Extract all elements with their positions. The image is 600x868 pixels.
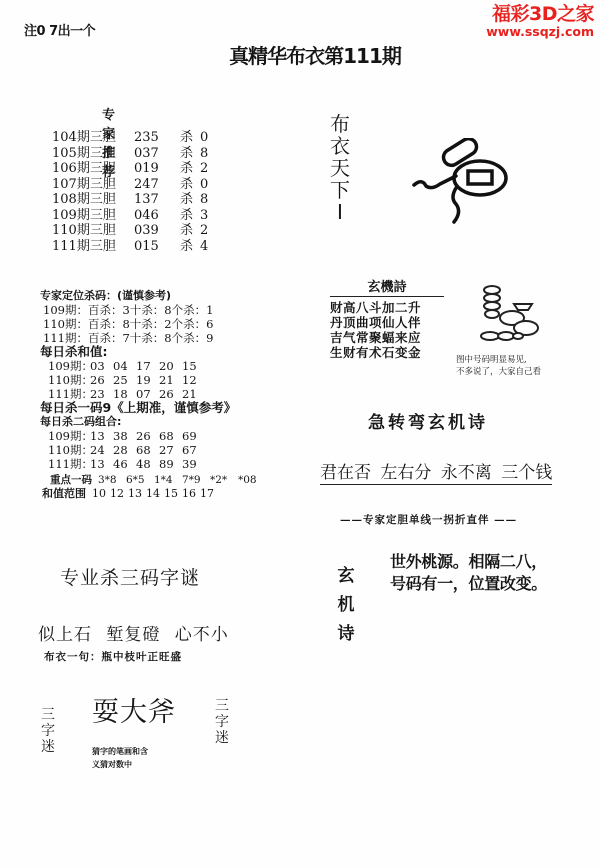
poem-line: 丹顶曲项仙人伴 <box>330 315 444 330</box>
two-code-kill-title: 每日杀二码组合: <box>40 415 266 429</box>
turn-poem-line: 君在否 左右分 永不离 三个钱 <box>320 458 552 485</box>
xuanji-vertical: 玄机诗 <box>336 562 356 649</box>
expert-single-line: ——专家定胆单线一拐折直伴 —— <box>340 512 517 527</box>
list-item: 108期三胆137杀8 <box>52 192 272 208</box>
stats-block: 专家定位杀码：(谨慎参考) 109期：百杀：3十杀：8个杀：1 110期：百杀：… <box>40 289 266 501</box>
list-item: 110期三胆039杀2 <box>52 223 272 239</box>
coin-figure-drawing-icon <box>412 138 508 230</box>
riddle-text: 似上石 堑复磴 心不小 <box>38 620 229 645</box>
buyi-tianxia-vertical: 布衣天下Ⅰ <box>328 113 352 223</box>
right-vertical-label: 三字迷 <box>214 698 230 746</box>
list-item: 111期：1346488939 <box>40 457 266 471</box>
poem-line: 吉气常聚蝠来应 <box>330 330 444 345</box>
key-code-row: 重点一码3*86*51*47*9*2**08 <box>40 473 266 487</box>
turn-poem-title: 急转弯玄机诗 <box>368 408 488 433</box>
list-item: 111期：2318072621 <box>40 387 266 401</box>
list-item: 110期：百杀：8十杀：2个杀：6 <box>40 317 266 331</box>
coin-caption: 图中号码明显易见, 不多说了，大家自己看 <box>456 354 541 378</box>
list-item: 110期：2428682767 <box>40 443 266 457</box>
list-item: 104期三胆235杀0 <box>52 130 272 146</box>
verse-block: 世外桃源。相隔二八， 号码有一，位置改变。 <box>390 551 547 595</box>
cipher-title: 专业杀三码字谜 <box>60 563 200 590</box>
list-item: 111期三胆015杀4 <box>52 239 272 255</box>
logo-url: www.ssqzj.com <box>486 25 594 39</box>
list-item: 109期：0304172015 <box>40 359 266 373</box>
list-item: 105期三胆037杀8 <box>52 146 272 162</box>
poem-line: 财高八斗加二升 <box>330 300 444 315</box>
poem-line: 生财有术石变金 <box>330 345 444 360</box>
list-item: 109期：百杀：3十杀：8个杀：1 <box>40 303 266 317</box>
big-word-note: 猜字的笔画和含义猜对数中 <box>92 745 154 771</box>
page-title: 真精华布衣第111期 <box>0 40 600 69</box>
left-vertical-label: 三字迷 <box>40 707 56 755</box>
coins-image-icon <box>478 284 548 344</box>
xuanji-poem-box: 玄機詩 财高八斗加二升 丹顶曲项仙人伴 吉气常聚蝠来应 生财有术石变金 <box>330 276 444 360</box>
list-item: 109期：1338266869 <box>40 429 266 443</box>
one-code-kill: 每日杀一码9《上期准，谨慎参考》 <box>40 401 266 415</box>
big-word: 耍大斧 <box>92 690 176 729</box>
list-item: 107期三胆247杀0 <box>52 177 272 193</box>
buyi-line: 布衣一句：瓶中枝叶正旺盛 <box>44 649 182 664</box>
sum-kill-title: 每日杀和值: <box>40 345 266 359</box>
position-kill-title: 专家定位杀码：(谨慎参考) <box>40 289 266 303</box>
list-item: 106期三胆019杀2 <box>52 161 272 177</box>
expert-picks-list: 104期三胆235杀0 105期三胆037杀8 106期三胆019杀2 107期… <box>52 130 272 254</box>
list-item: 109期三胆046杀3 <box>52 208 272 224</box>
sum-range-row: 和值范围10121314151617 <box>40 487 266 501</box>
list-item: 110期：2625192112 <box>40 373 266 387</box>
verse-line: 世外桃源。相隔二八， <box>390 551 547 573</box>
verse-line: 号码有一，位置改变。 <box>390 573 547 595</box>
list-item: 111期：百杀：7十杀：8个杀：9 <box>40 331 266 345</box>
xuanji-poem-title: 玄機詩 <box>330 276 444 297</box>
site-logo[interactable]: 福彩3D之家 www.ssqzj.com <box>486 4 594 39</box>
logo-name: 福彩3D之家 <box>486 4 594 25</box>
top-note: 注0 7出一个 <box>24 20 95 39</box>
